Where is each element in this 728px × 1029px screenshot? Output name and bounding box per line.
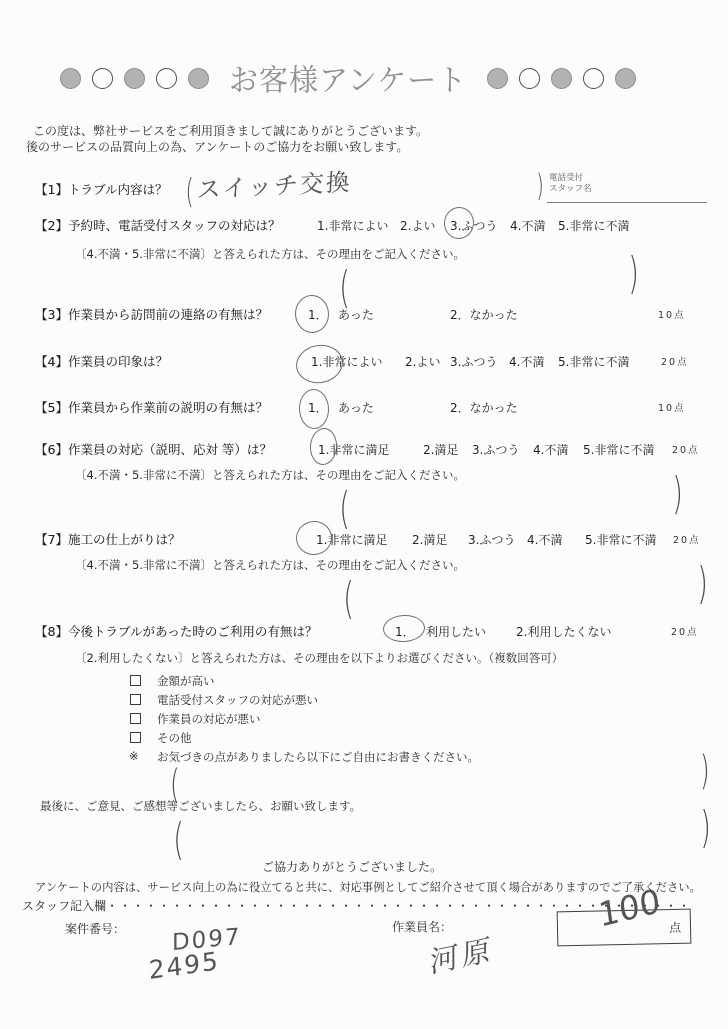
handwritten-case-number-2: 2495 xyxy=(148,946,220,985)
q6-option-4: 4.不満 xyxy=(533,441,568,458)
header-circles-right xyxy=(487,68,636,89)
question-7: 【7】施工の仕上がりは？ 1.非常に満足 2.満足 3.ふつう 4.不満 5.非… xyxy=(0,530,728,625)
circle-icon xyxy=(519,68,540,89)
q4-option-4: 4.不満 xyxy=(509,353,544,370)
q7-reason-note: 〔4.不満・5.非常に不満〕と答えられた方は、その理由をご記入ください。 xyxy=(75,557,465,573)
q6-option-2: 2.満足 xyxy=(423,441,458,458)
circle-icon xyxy=(60,68,81,89)
disclaimer-text: アンケートの内容は、サービス向上の為に役立てると共に、対応事例としてご紹介させて… xyxy=(35,879,701,895)
circle-icon xyxy=(92,68,113,89)
q2-reason-note: 〔4.不満・5.非常に不満〕と答えられた方は、その理由をご記入ください。 xyxy=(75,246,465,262)
q6-reason-note: 〔4.不満・5.非常に不満〕と答えられた方は、その理由をご記入ください。 xyxy=(75,467,465,483)
circle-icon xyxy=(156,68,177,89)
q2-option-4: 4.不満 xyxy=(510,217,545,234)
q7-option-2: 2.満足 xyxy=(412,531,447,548)
q2-option-1: 1.非常によい xyxy=(317,217,388,234)
checkbox-other xyxy=(130,732,141,743)
staff-name-line xyxy=(547,202,707,203)
circle-icon xyxy=(124,68,145,89)
question-5-label: 【5】作業員から作業前の説明の有無は？ xyxy=(35,398,268,416)
q2-option-2: 2.よい xyxy=(400,217,435,234)
q3-option-2: 2．なかった xyxy=(450,306,518,323)
q3-points: 10点 xyxy=(658,307,686,321)
hand-circle-q6-answer xyxy=(309,427,339,466)
q5-option-1: あった xyxy=(338,399,374,416)
answer-bracket-open: ( xyxy=(186,172,194,212)
phone-staff-label: 電話受付 スタッフ名 xyxy=(549,173,592,195)
reason-bracket-open: ( xyxy=(343,573,354,624)
q8-option-2: 2.利用したくない xyxy=(516,623,611,640)
checkbox-price-high xyxy=(130,675,141,686)
hand-circle-q8-answer xyxy=(382,614,425,643)
q7-option-3: 3.ふつう xyxy=(468,531,515,548)
page-title: お客様アンケート xyxy=(229,57,467,100)
hand-circle-q4-answer xyxy=(293,341,346,387)
circle-icon xyxy=(487,68,508,89)
question-8: 【8】今後トラブルがあった時のご利用の有無は？ 1． 利用したい 2.利用したく… xyxy=(0,622,728,797)
q4-points: 20点 xyxy=(661,354,689,368)
q4-option-2: 2.よい xyxy=(405,353,440,370)
question-2-label: 【2】予約時、電話受付スタッフの対応は？ xyxy=(35,216,280,234)
q5-points: 10点 xyxy=(658,400,686,414)
survey-form-page: お客様アンケート この度は、弊社サービスをご利用頂きまして誠にありがとうございま… xyxy=(0,0,728,1029)
free-note-mark: ※ xyxy=(129,749,139,763)
circle-icon xyxy=(615,68,636,89)
question-6: 【6】作業員の対応（説明、応対 等）は？ 1.非常に満足 2.満足 3.ふつう … xyxy=(0,440,728,535)
q7-option-4: 4.不満 xyxy=(527,531,562,548)
answer-bracket-close: ) xyxy=(536,168,544,204)
question-3: 【3】作業員から訪問前の連絡の有無は？ 1． あった 2．なかった 10点 xyxy=(0,305,728,335)
checkbox-label-other: その他 xyxy=(157,730,192,746)
reason-bracket-open: ( xyxy=(339,483,350,534)
circle-icon xyxy=(583,68,604,89)
q6-points: 20点 xyxy=(672,442,700,456)
q6-option-5: 5.非常に不満 xyxy=(583,441,654,458)
q6-option-3: 3.ふつう xyxy=(472,441,519,458)
q8-option-1: 利用したい xyxy=(426,623,486,640)
intro-line-2: 後のサービスの品質向上の為、アンケートのご協力をお願い致します。 xyxy=(26,138,408,155)
q8-reason-note: 〔2.利用したくない〕と答えられた方は、その理由を以下よりお選びください。（複数… xyxy=(75,650,563,666)
checkbox-label-phone-staff-bad: 電話受付スタッフの対応が悪い xyxy=(157,692,318,708)
q8-points: 20点 xyxy=(671,624,699,638)
q4-option-5: 5.非常に不満 xyxy=(558,353,629,370)
question-2: 【2】予約時、電話受付スタッフの対応は？ 1.非常によい 2.よい 3.ふつう … xyxy=(0,216,728,316)
q4-option-3: 3.ふつう xyxy=(450,353,497,370)
checkbox-phone-staff-bad xyxy=(130,694,141,705)
question-1-label: 【1】トラブル内容は？ xyxy=(35,180,167,198)
free-bracket-close: ) xyxy=(700,748,710,794)
final-request-text: 最後に、ご意見、ご感想等ございましたら、お願い致します。 xyxy=(40,798,361,814)
question-1: 【1】トラブル内容は？ ( スイッチ交換 ) 電話受付 スタッフ名 xyxy=(0,172,728,216)
checkbox-label-worker-bad: 作業員の対応が悪い xyxy=(157,711,261,727)
reason-bracket-close: ) xyxy=(672,468,683,519)
question-8-label: 【8】今後トラブルがあった時のご利用の有無は？ xyxy=(35,622,317,640)
worker-name-label: 作業員名： xyxy=(392,918,452,935)
points-unit: 点 xyxy=(669,919,681,936)
circle-icon xyxy=(188,68,209,89)
hand-circle-q5-answer xyxy=(298,388,329,429)
q2-option-5: 5.非常に不満 xyxy=(558,217,629,234)
checkbox-worker-bad xyxy=(130,713,141,724)
reason-bracket-close: ) xyxy=(697,558,708,609)
q7-option-5: 5.非常に不満 xyxy=(585,531,656,548)
case-number-label: 案件番号： xyxy=(65,920,125,937)
q5-option-2: 2．なかった xyxy=(450,399,518,416)
question-6-label: 【6】作業員の対応（説明、応対 等）は？ xyxy=(35,440,272,458)
reason-bracket-close: ) xyxy=(628,248,639,299)
question-7-label: 【7】施工の仕上がりは？ xyxy=(35,530,180,548)
circle-icon xyxy=(551,68,572,89)
staff-entry-label: スタッフ記入欄 xyxy=(22,899,106,913)
header-circles-left xyxy=(60,68,209,89)
intro-line-1: この度は、弊社サービスをご利用頂きまして誠にありがとうございます。 xyxy=(33,122,428,139)
thanks-text: ご協力ありがとうございました。 xyxy=(262,858,442,875)
q3-option-1: あった xyxy=(338,306,374,323)
final-comments-section: 最後に、ご意見、ご感想等ございましたら、お願い致します。 ( ) xyxy=(0,798,728,858)
comments-bracket-close: ) xyxy=(700,802,711,853)
q7-points: 20点 xyxy=(673,532,701,546)
handwritten-trouble-answer: スイッチ交換 xyxy=(196,162,353,205)
checkbox-label-price-high: 金額が高い xyxy=(157,673,215,689)
footer-section: ご協力ありがとうございました。 アンケートの内容は、サービス向上の為に役立てると… xyxy=(0,858,728,1029)
free-note-text: お気づきの点がありましたら以下にご自由にお書きください。 xyxy=(157,749,479,765)
question-5: 【5】作業員から作業前の説明の有無は？ 1． あった 2．なかった 10点 xyxy=(0,398,728,428)
question-4: 【4】作業員の印象は？ 1.非常によい 2.よい 3.ふつう 4.不満 5.非常… xyxy=(0,352,728,382)
question-4-label: 【4】作業員の印象は？ xyxy=(35,352,168,370)
question-3-label: 【3】作業員から訪問前の連絡の有無は？ xyxy=(35,305,268,323)
